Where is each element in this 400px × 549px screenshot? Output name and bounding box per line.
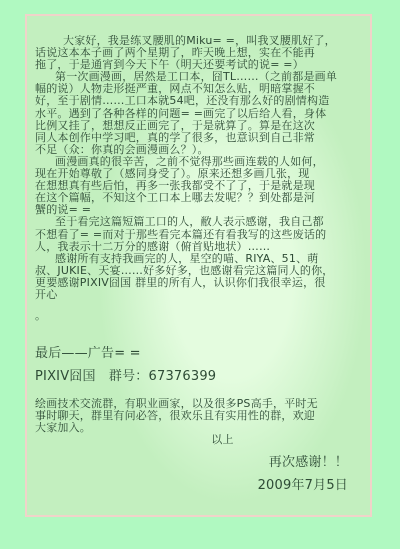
text-line: 大家加入。: [35, 422, 350, 434]
afterword-text: 大家好，我是练叉腰肌的Miku= =，叫我叉腰肌好了， 话说这本本子画了两个星期…: [35, 35, 350, 493]
text-line: 更要感谢PIXIV囧国 群里的所有人，认识你们我很幸运，很: [35, 277, 350, 289]
text-line: 在这个篇幅，不知这个工口本上哪去发呢？？到处都是河: [35, 192, 350, 204]
thanks-line: 再次感谢！！: [35, 455, 350, 470]
group-number-line: PIXIV囧国 群号：67376399: [35, 369, 350, 384]
ad-heading: 最后——广告= =: [35, 346, 350, 361]
text-line: 绘画技术交流群，有职业画家，以及很多PS高手，平时无: [35, 398, 350, 410]
text-line: 。: [35, 310, 350, 322]
text-line: 叔、JUKIE、天宴……好多好多，也感谢看完这篇同人的你，: [35, 265, 350, 277]
text-line: 比例又挂了，想想反正画完了，于是就算了。算是在这次: [35, 120, 350, 132]
text-line: 现在开始尊敬了（感同身受了）。原来还想多画几张，现: [35, 168, 350, 180]
text-line: 至于看完这篇短篇工口的人，敝人表示感谢，我自己都: [35, 216, 350, 228]
text-line: 人，我表示十二万分的感谢（俯首贴地状）……: [35, 241, 350, 253]
text-line: 蟹的说= =: [35, 204, 350, 216]
text-line: 幅的说）人物走形挺严重，网点不知怎么贴，明暗掌握不: [35, 83, 350, 95]
text-line: 开心: [35, 289, 350, 301]
text-line: 话说这本本子画了两个星期了，昨天晚上想，实在不能再: [35, 47, 350, 59]
closing-line: 以上: [35, 434, 350, 446]
afterword-page: 大家好，我是练叉腰肌的Miku= =，叫我叉腰肌好了， 话说这本本子画了两个星期…: [0, 0, 400, 549]
text-line: 事时聊天，群里有问必答，很欢乐且有实用性的群，欢迎: [35, 410, 350, 422]
text-line: 在想想真有些后怕，再多一张我都受不了了，于是就是现: [35, 180, 350, 192]
page-frame: 大家好，我是练叉腰肌的Miku= =，叫我叉腰肌好了， 话说这本本子画了两个星期…: [25, 14, 372, 517]
text-line: 拖了，于是通宵到今天下午（明天还要考试的说= =）: [35, 59, 350, 71]
date-line: 2009年7月5日: [35, 478, 350, 493]
text-line: 画漫画真的很辛苦，之前不觉得那些画连载的人如何，: [35, 156, 350, 168]
text-line: 感谢所有支持我画完的人，星空的喵、RIYA、51、萌: [35, 253, 350, 265]
text-line: 不足（众：你真的会画漫画么？）。: [35, 144, 350, 156]
text-line: 同人本创作中学习吧，真的学了很多，也意识到自己非常: [35, 132, 350, 144]
text-line: 大家好，我是练叉腰肌的Miku= =，叫我叉腰肌好了，: [35, 35, 350, 47]
text-line: 不想看了= =而对于那些看完本篇还有看我写的这些废话的: [35, 229, 350, 241]
text-line: 第一次画漫画，居然是工口本，囧TL……（之前都是画单: [35, 71, 350, 83]
text-line: 水平。遇到了各种各样的问题= =画完了以后给人看，身体: [35, 108, 350, 120]
text-line: 好，至于剧情……工口本就54吧，还没有那么好的剧情构造: [35, 95, 350, 107]
